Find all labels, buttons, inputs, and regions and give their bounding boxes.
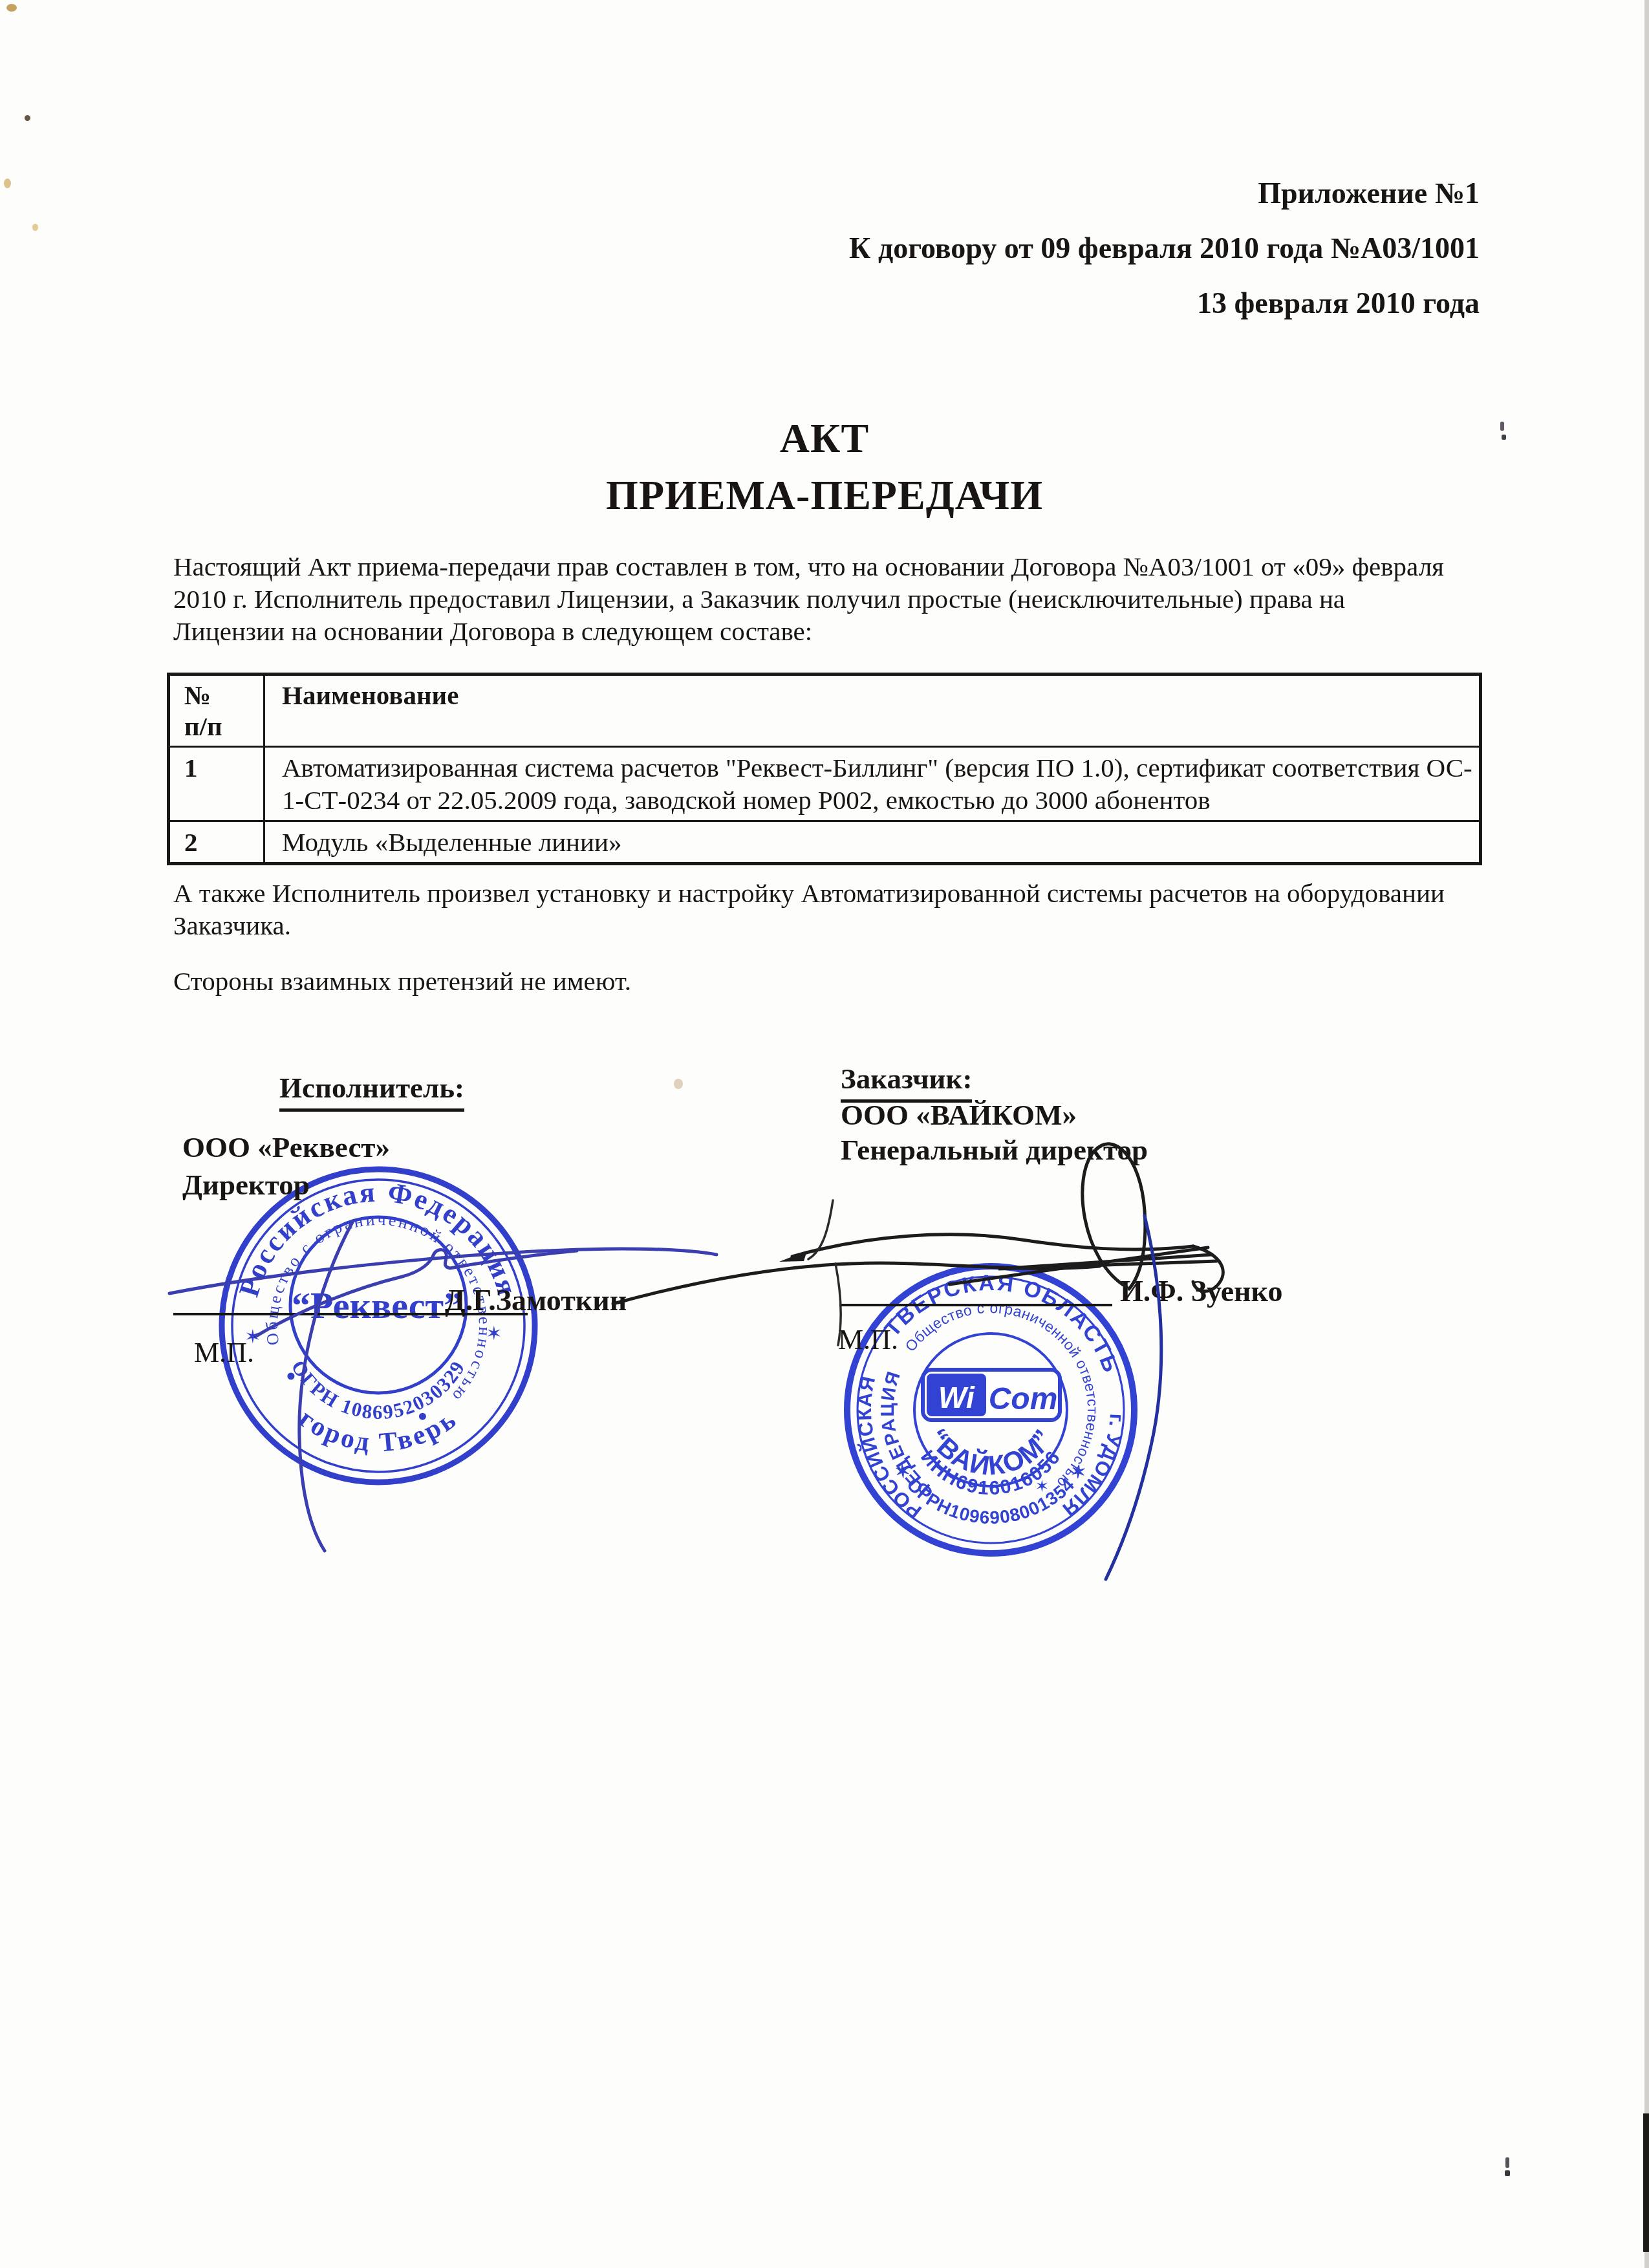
signature-arrow-flourish	[779, 1251, 807, 1262]
scanned-act-document: Приложение №1 К договору от 09 февраля 2…	[0, 0, 1649, 2268]
executor-signature-ink	[169, 1221, 717, 1551]
customer-signature-ink	[613, 1144, 1223, 1345]
handwritten-signatures-overlay	[0, 0, 1649, 2268]
customer-signature-descender	[1106, 1216, 1161, 1579]
